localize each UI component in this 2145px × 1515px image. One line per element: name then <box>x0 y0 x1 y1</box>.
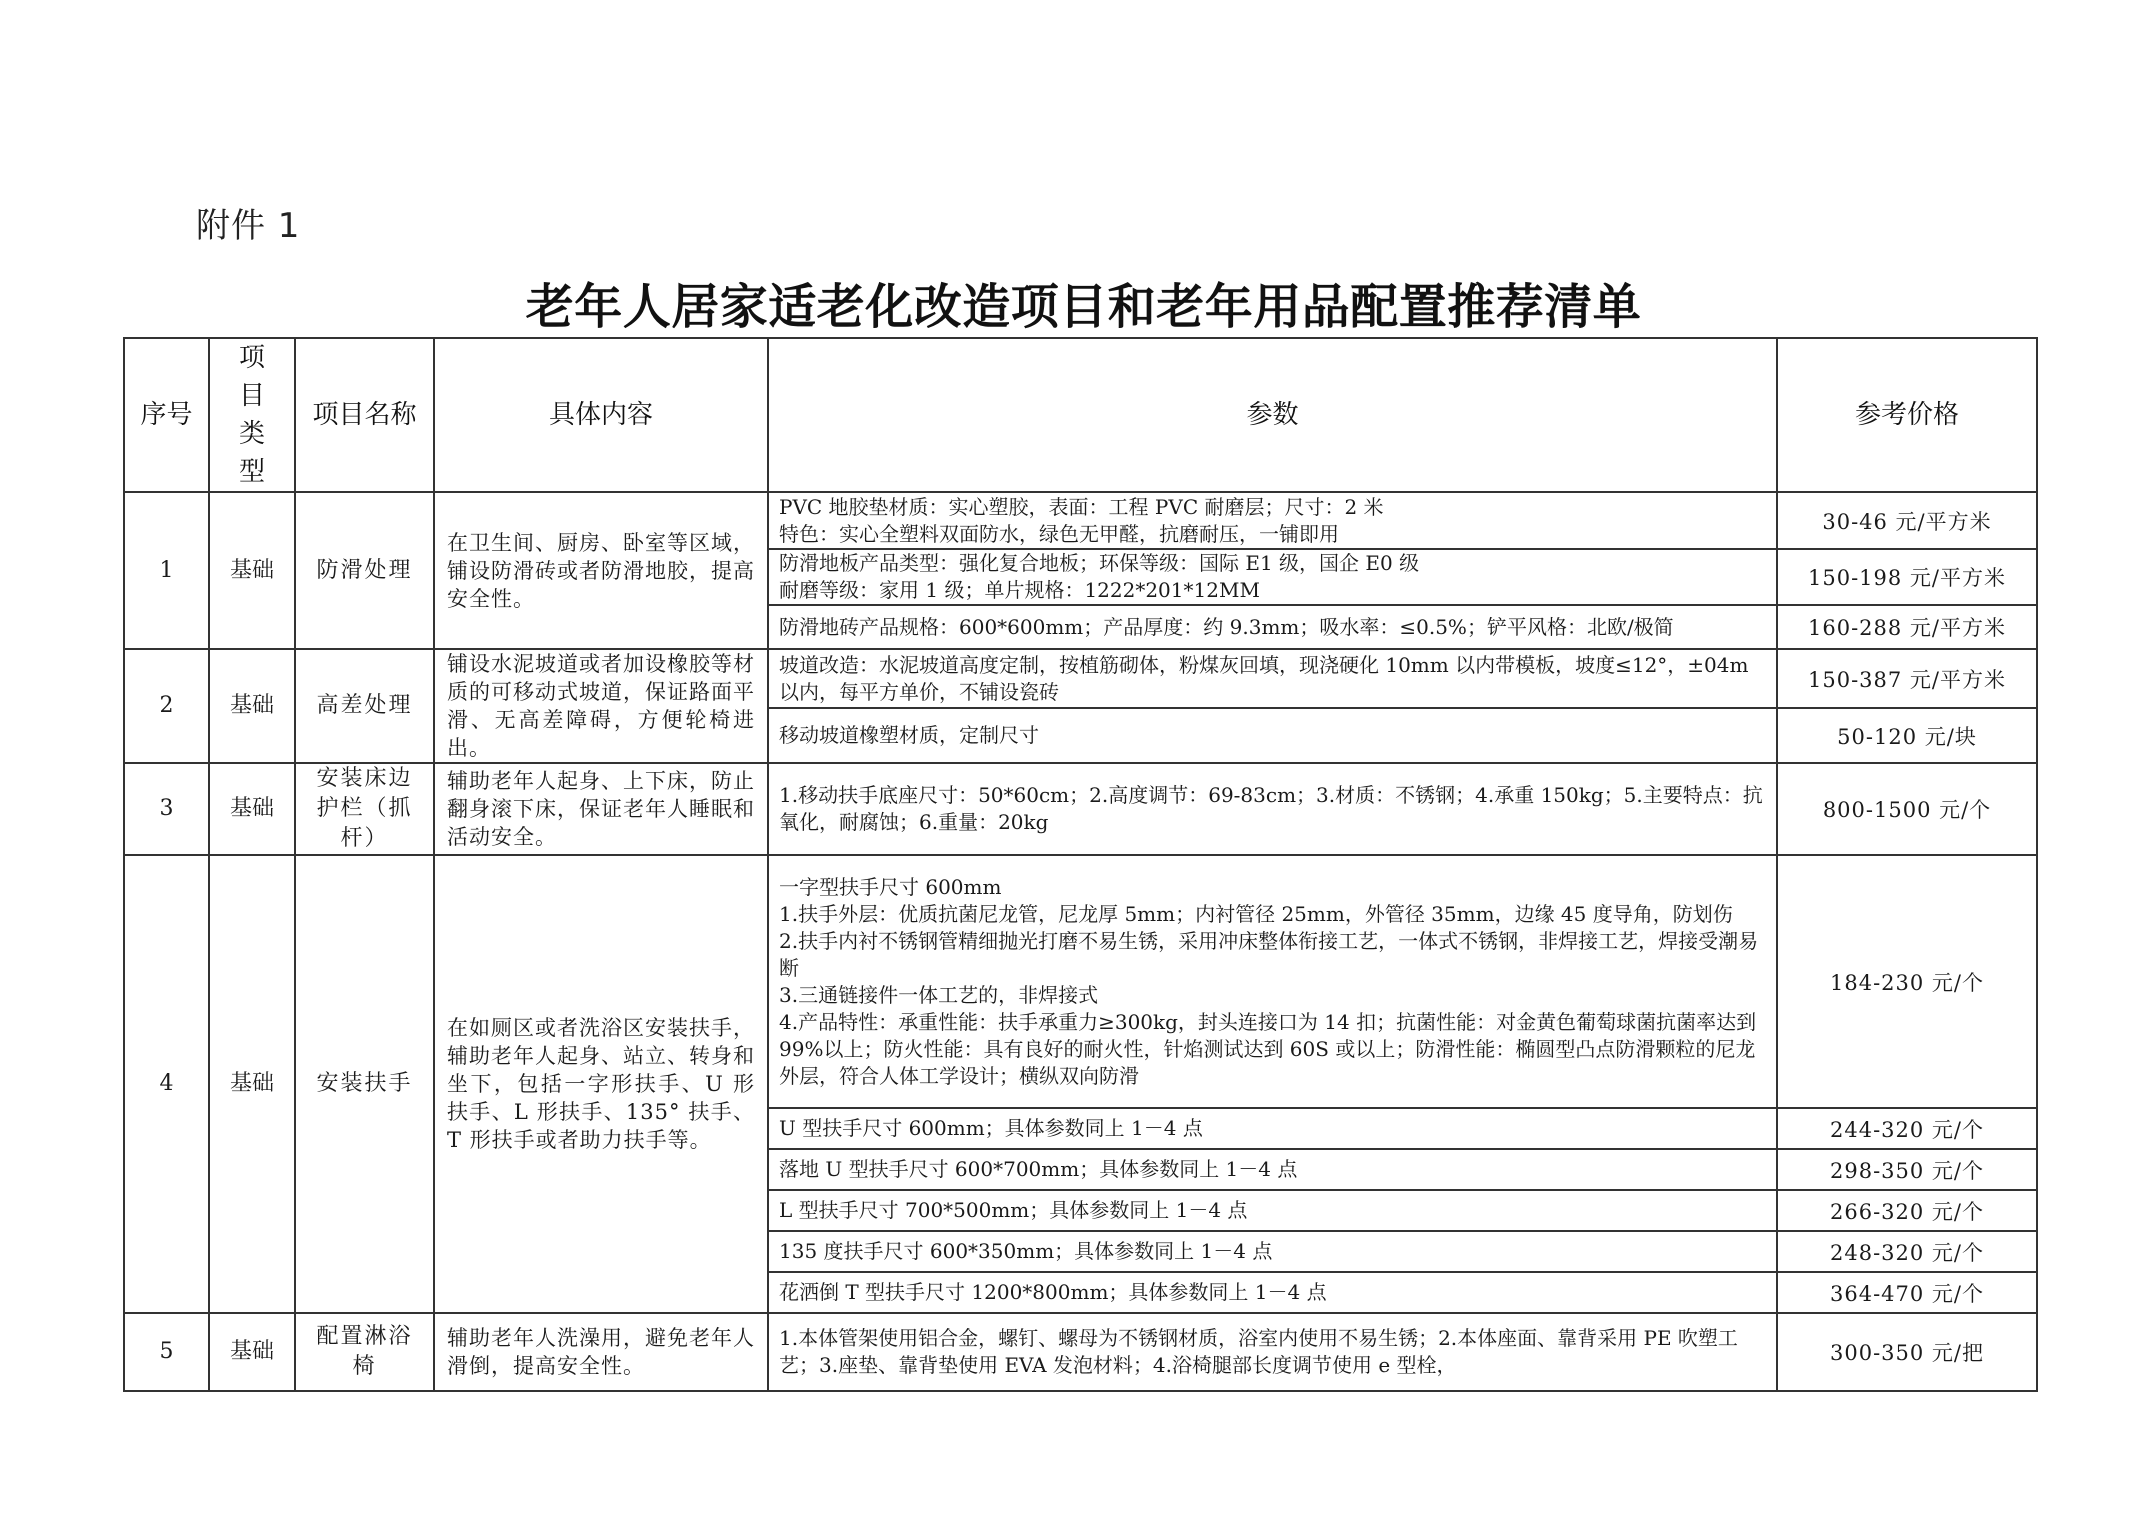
cell-params: 落地 U 型扶手尺寸 600*700mm；具体参数同上 1－4 点 <box>768 1149 1777 1190</box>
cell-params: U 型扶手尺寸 600mm；具体参数同上 1－4 点 <box>768 1108 1777 1149</box>
cell-params: 花洒倒 T 型扶手尺寸 1200*800mm；具体参数同上 1－4 点 <box>768 1272 1777 1313</box>
cell-name: 配置淋浴椅 <box>295 1313 434 1391</box>
recommendation-table: 序号 项目类型 项目名称 具体内容 参数 参考价格 1基础防滑处理在卫生间、厨房… <box>123 337 2038 1392</box>
header-type-label: 项目类型 <box>239 343 265 487</box>
cell-params: 1.移动扶手底座尺寸：50*60cm；2.高度调节：69-83cm；3.材质：不… <box>768 763 1777 855</box>
cell-params: L 型扶手尺寸 700*500mm；具体参数同上 1－4 点 <box>768 1190 1777 1231</box>
cell-params: 一字型扶手尺寸 600mm1.扶手外层：优质抗菌尼龙管，尼龙厚 5mm；内衬管径… <box>768 855 1777 1108</box>
cell-params: PVC 地胶垫材质：实心塑胶，表面：工程 PVC 耐磨层；尺寸：2 米特色：实心… <box>768 492 1777 549</box>
cell-name: 安装扶手 <box>295 855 434 1313</box>
param-line: 1.本体管架使用铝合金，螺钉、螺母为不锈钢材质，浴室内使用不易生锈；2.本体座面… <box>779 1325 1768 1379</box>
table-row: 4基础安装扶手在如厕区或者洗浴区安装扶手，辅助老年人起身、站立、转身和坐下，包括… <box>124 855 2037 1108</box>
cell-params: 135 度扶手尺寸 600*350mm；具体参数同上 1－4 点 <box>768 1231 1777 1272</box>
cell-price: 266-320 元/个 <box>1777 1190 2037 1231</box>
table-row: 1基础防滑处理在卫生间、厨房、卧室等区域，铺设防滑砖或者防滑地胶，提高安全性。P… <box>124 492 2037 549</box>
header-seq: 序号 <box>124 338 209 492</box>
header-price: 参考价格 <box>1777 338 2037 492</box>
cell-type: 基础 <box>209 855 295 1313</box>
param-line: 坡道改造：水泥坡道高度定制，按植筋砌体，粉煤灰回填，现浇硬化 10mm 以内带模… <box>779 652 1768 706</box>
cell-price: 364-470 元/个 <box>1777 1272 2037 1313</box>
cell-content: 在卫生间、厨房、卧室等区域，铺设防滑砖或者防滑地胶，提高安全性。 <box>434 492 768 649</box>
param-line: 花洒倒 T 型扶手尺寸 1200*800mm；具体参数同上 1－4 点 <box>779 1279 1768 1306</box>
table-row: 3基础安装床边护栏（抓杆）辅助老年人起身、上下床，防止翻身滚下床，保证老年人睡眠… <box>124 763 2037 855</box>
cell-price: 248-320 元/个 <box>1777 1231 2037 1272</box>
cell-price: 184-230 元/个 <box>1777 855 2037 1108</box>
cell-price: 30-46 元/平方米 <box>1777 492 2037 549</box>
cell-seq: 3 <box>124 763 209 855</box>
cell-type: 基础 <box>209 649 295 763</box>
cell-content: 铺设水泥坡道或者加设橡胶等材质的可移动式坡道，保证路面平滑、无高差障碍，方便轮椅… <box>434 649 768 763</box>
cell-params: 移动坡道橡塑材质，定制尺寸 <box>768 708 1777 763</box>
cell-type: 基础 <box>209 1313 295 1391</box>
param-line: 1.扶手外层：优质抗菌尼龙管，尼龙厚 5mm；内衬管径 25mm，外管径 35m… <box>779 901 1768 928</box>
param-line: 1.移动扶手底座尺寸：50*60cm；2.高度调节：69-83cm；3.材质：不… <box>779 782 1768 836</box>
param-line: U 型扶手尺寸 600mm；具体参数同上 1－4 点 <box>779 1115 1768 1142</box>
cell-price: 300-350 元/把 <box>1777 1313 2037 1391</box>
header-type: 项目类型 <box>209 338 295 492</box>
cell-seq: 5 <box>124 1313 209 1391</box>
table-row: 5基础配置淋浴椅辅助老年人洗澡用，避免老年人滑倒，提高安全性。1.本体管架使用铝… <box>124 1313 2037 1391</box>
table-row: 2基础高差处理铺设水泥坡道或者加设橡胶等材质的可移动式坡道，保证路面平滑、无高差… <box>124 649 2037 708</box>
param-line: L 型扶手尺寸 700*500mm；具体参数同上 1－4 点 <box>779 1197 1768 1224</box>
param-line: 一字型扶手尺寸 600mm <box>779 874 1768 901</box>
cell-seq: 1 <box>124 492 209 649</box>
cell-name: 高差处理 <box>295 649 434 763</box>
header-content: 具体内容 <box>434 338 768 492</box>
param-line: PVC 地胶垫材质：实心塑胶，表面：工程 PVC 耐磨层；尺寸：2 米 <box>779 494 1768 521</box>
cell-type: 基础 <box>209 492 295 649</box>
cell-seq: 4 <box>124 855 209 1313</box>
cell-name: 防滑处理 <box>295 492 434 649</box>
param-line: 特色：实心全塑料双面防水，绿色无甲醛，抗磨耐压，一铺即用 <box>779 521 1768 548</box>
param-line: 4.产品特性：承重性能：扶手承重力≥300kg，封头连接口为 14 扣；抗菌性能… <box>779 1009 1768 1090</box>
document-title: 老年人居家适老化改造项目和老年用品配置推荐清单 <box>0 268 2145 337</box>
param-line: 移动坡道橡塑材质，定制尺寸 <box>779 722 1768 749</box>
cell-price: 150-198 元/平方米 <box>1777 549 2037 605</box>
cell-type: 基础 <box>209 763 295 855</box>
param-line: 耐磨等级：家用 1 级；单片规格：1222*201*12MM <box>779 577 1768 604</box>
table-body: 1基础防滑处理在卫生间、厨房、卧室等区域，铺设防滑砖或者防滑地胶，提高安全性。P… <box>124 492 2037 1391</box>
param-line: 2.扶手内衬不锈钢管精细抛光打磨不易生锈，采用冲床整体衔接工艺，一体式不锈钢，非… <box>779 928 1768 982</box>
cell-params: 防滑地板产品类型：强化复合地板；环保等级：国际 E1 级，国企 E0 级耐磨等级… <box>768 549 1777 605</box>
attachment-label: 附件 1 <box>196 198 300 247</box>
cell-price: 160-288 元/平方米 <box>1777 605 2037 649</box>
param-line: 3.三通链接件一体工艺的，非焊接式 <box>779 982 1768 1009</box>
cell-price: 298-350 元/个 <box>1777 1149 2037 1190</box>
param-line: 落地 U 型扶手尺寸 600*700mm；具体参数同上 1－4 点 <box>779 1156 1768 1183</box>
header-name: 项目名称 <box>295 338 434 492</box>
header-params: 参数 <box>768 338 1777 492</box>
cell-content: 辅助老年人洗澡用，避免老年人滑倒，提高安全性。 <box>434 1313 768 1391</box>
cell-price: 50-120 元/块 <box>1777 708 2037 763</box>
cell-price: 244-320 元/个 <box>1777 1108 2037 1149</box>
cell-content: 辅助老年人起身、上下床，防止翻身滚下床，保证老年人睡眠和活动安全。 <box>434 763 768 855</box>
cell-seq: 2 <box>124 649 209 763</box>
cell-price: 800-1500 元/个 <box>1777 763 2037 855</box>
cell-price: 150-387 元/平方米 <box>1777 649 2037 708</box>
cell-params: 坡道改造：水泥坡道高度定制，按植筋砌体，粉煤灰回填，现浇硬化 10mm 以内带模… <box>768 649 1777 708</box>
cell-content: 在如厕区或者洗浴区安装扶手，辅助老年人起身、站立、转身和坐下，包括一字形扶手、U… <box>434 855 768 1313</box>
table-header-row: 序号 项目类型 项目名称 具体内容 参数 参考价格 <box>124 338 2037 492</box>
param-line: 防滑地板产品类型：强化复合地板；环保等级：国际 E1 级，国企 E0 级 <box>779 550 1768 577</box>
cell-params: 防滑地砖产品规格：600*600mm；产品厚度：约 9.3mm；吸水率：≤0.5… <box>768 605 1777 649</box>
cell-params: 1.本体管架使用铝合金，螺钉、螺母为不锈钢材质，浴室内使用不易生锈；2.本体座面… <box>768 1313 1777 1391</box>
param-line: 防滑地砖产品规格：600*600mm；产品厚度：约 9.3mm；吸水率：≤0.5… <box>779 614 1768 641</box>
cell-name: 安装床边护栏（抓杆） <box>295 763 434 855</box>
param-line: 135 度扶手尺寸 600*350mm；具体参数同上 1－4 点 <box>779 1238 1768 1265</box>
